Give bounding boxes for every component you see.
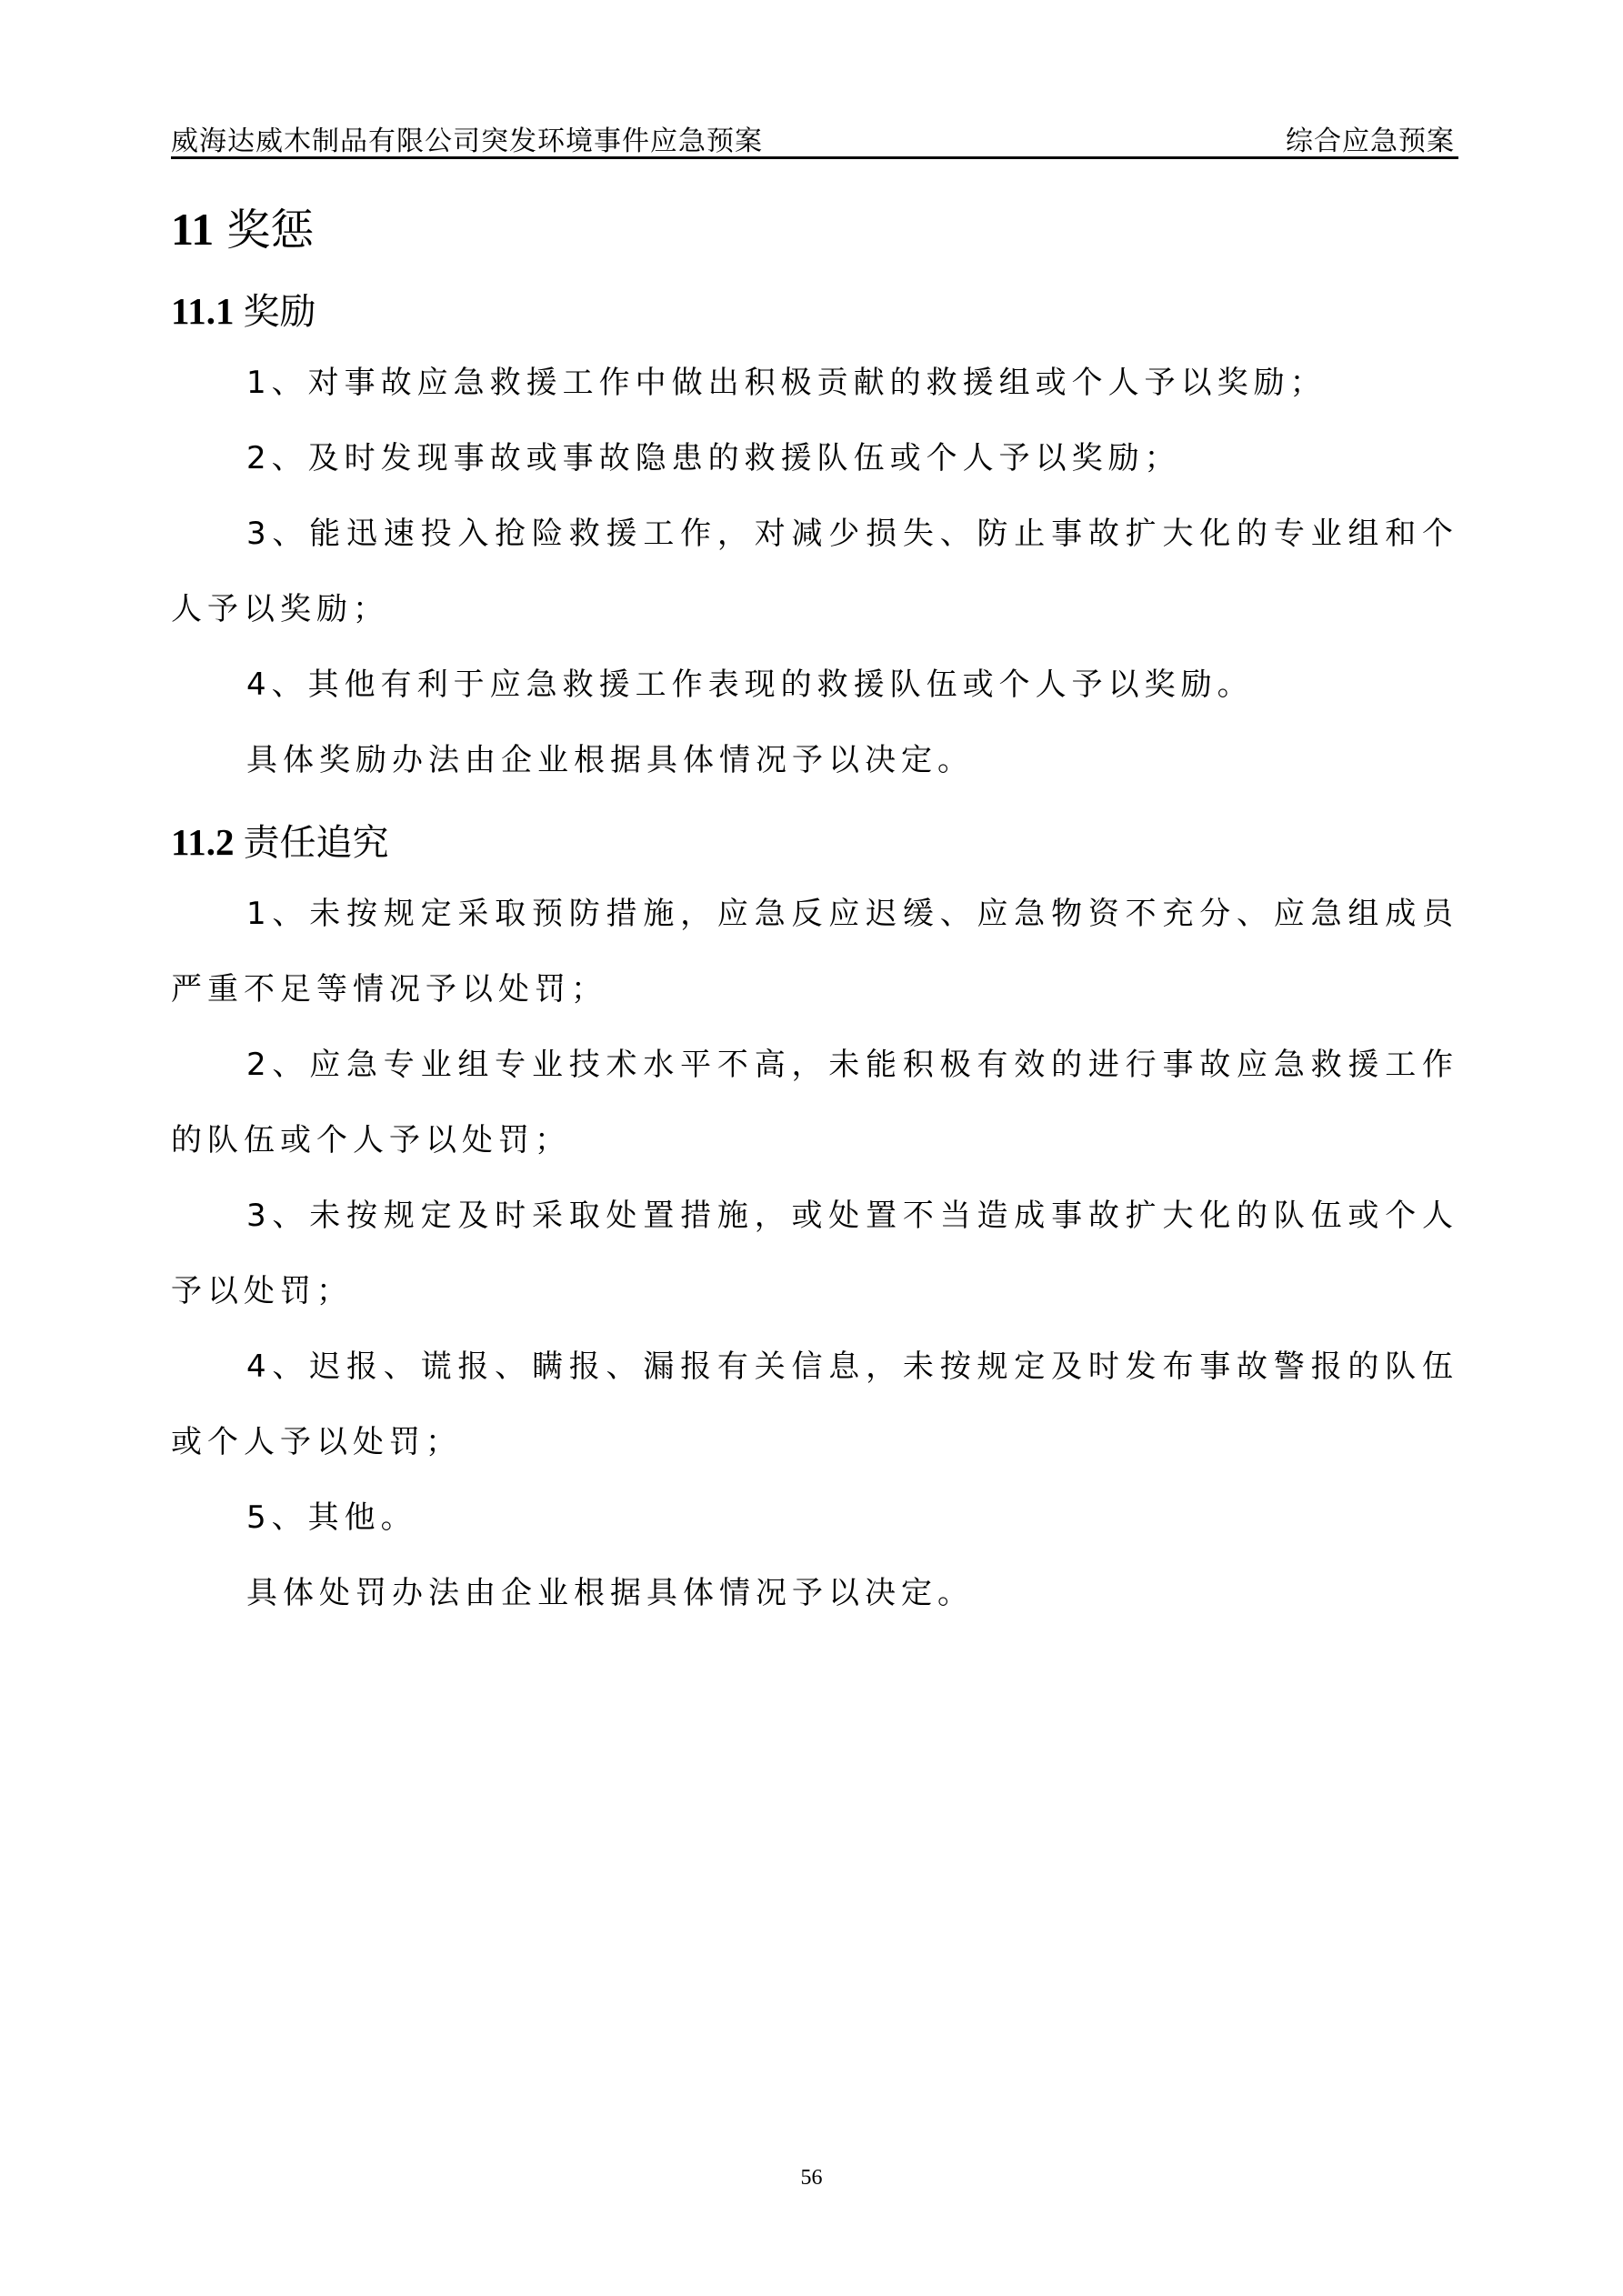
reward-item-1: 1、对事故应急救援工作中做出积极贡献的救援组或个人予以奖励； — [171, 346, 1458, 421]
penalty-item-5: 5、其他。 — [171, 1480, 1458, 1556]
section-type-label: 综合应急预案 — [1286, 118, 1455, 158]
reward-item-3: 3、能迅速投入抢险救援工作，对减少损失、防止事故扩大化的专业组和个人予以奖励； — [171, 496, 1458, 647]
reward-summary: 具体奖励办法由企业根据具体情况予以决定。 — [171, 723, 1458, 798]
page-header: 威海达威木制品有限公司突发环境事件应急预案 综合应急预案 — [171, 113, 1458, 159]
document-title: 威海达威木制品有限公司突发环境事件应急预案 — [171, 118, 763, 158]
penalty-item-3: 3、未按规定及时采取处置措施，或处置不当造成事故扩大化的队伍或个人予以处罚； — [171, 1178, 1458, 1329]
page-number: 56 — [0, 2166, 1623, 2191]
reward-item-4: 4、其他有利于应急救援工作表现的救援队伍或个人予以奖励。 — [171, 647, 1458, 723]
penalty-item-2: 2、应急专业组专业技术水平不高，未能积极有效的进行事故应急救援工作的队伍或个人予… — [171, 1028, 1458, 1178]
penalty-item-1: 1、未按规定采取预防措施，应急反应迟缓、应急物资不充分、应急组成员严重不足等情况… — [171, 877, 1458, 1028]
page-content: 11奖惩 11.1奖励 1、对事故应急救援工作中做出积极贡献的救援组或个人予以奖… — [171, 191, 1458, 1631]
reward-item-2: 2、及时发现事故或事故隐患的救援队伍或个人予以奖励； — [171, 421, 1458, 496]
chapter-heading: 11奖惩 — [171, 191, 1458, 267]
section-number: 11.2 — [171, 821, 235, 863]
section-heading-rewards: 11.1奖励 — [171, 267, 1458, 346]
chapter-title: 奖惩 — [226, 205, 314, 256]
penalty-item-4: 4、迟报、谎报、瞒报、漏报有关信息，未按规定及时发布事故警报的队伍或个人予以处罚… — [171, 1329, 1458, 1480]
section-heading-accountability: 11.2责任追究 — [171, 798, 1458, 877]
section-title: 责任追究 — [244, 822, 389, 864]
chapter-number: 11 — [171, 204, 214, 255]
penalty-summary: 具体处罚办法由企业根据具体情况予以决定。 — [171, 1556, 1458, 1631]
section-number: 11.1 — [171, 290, 235, 332]
section-title: 奖励 — [244, 291, 316, 333]
